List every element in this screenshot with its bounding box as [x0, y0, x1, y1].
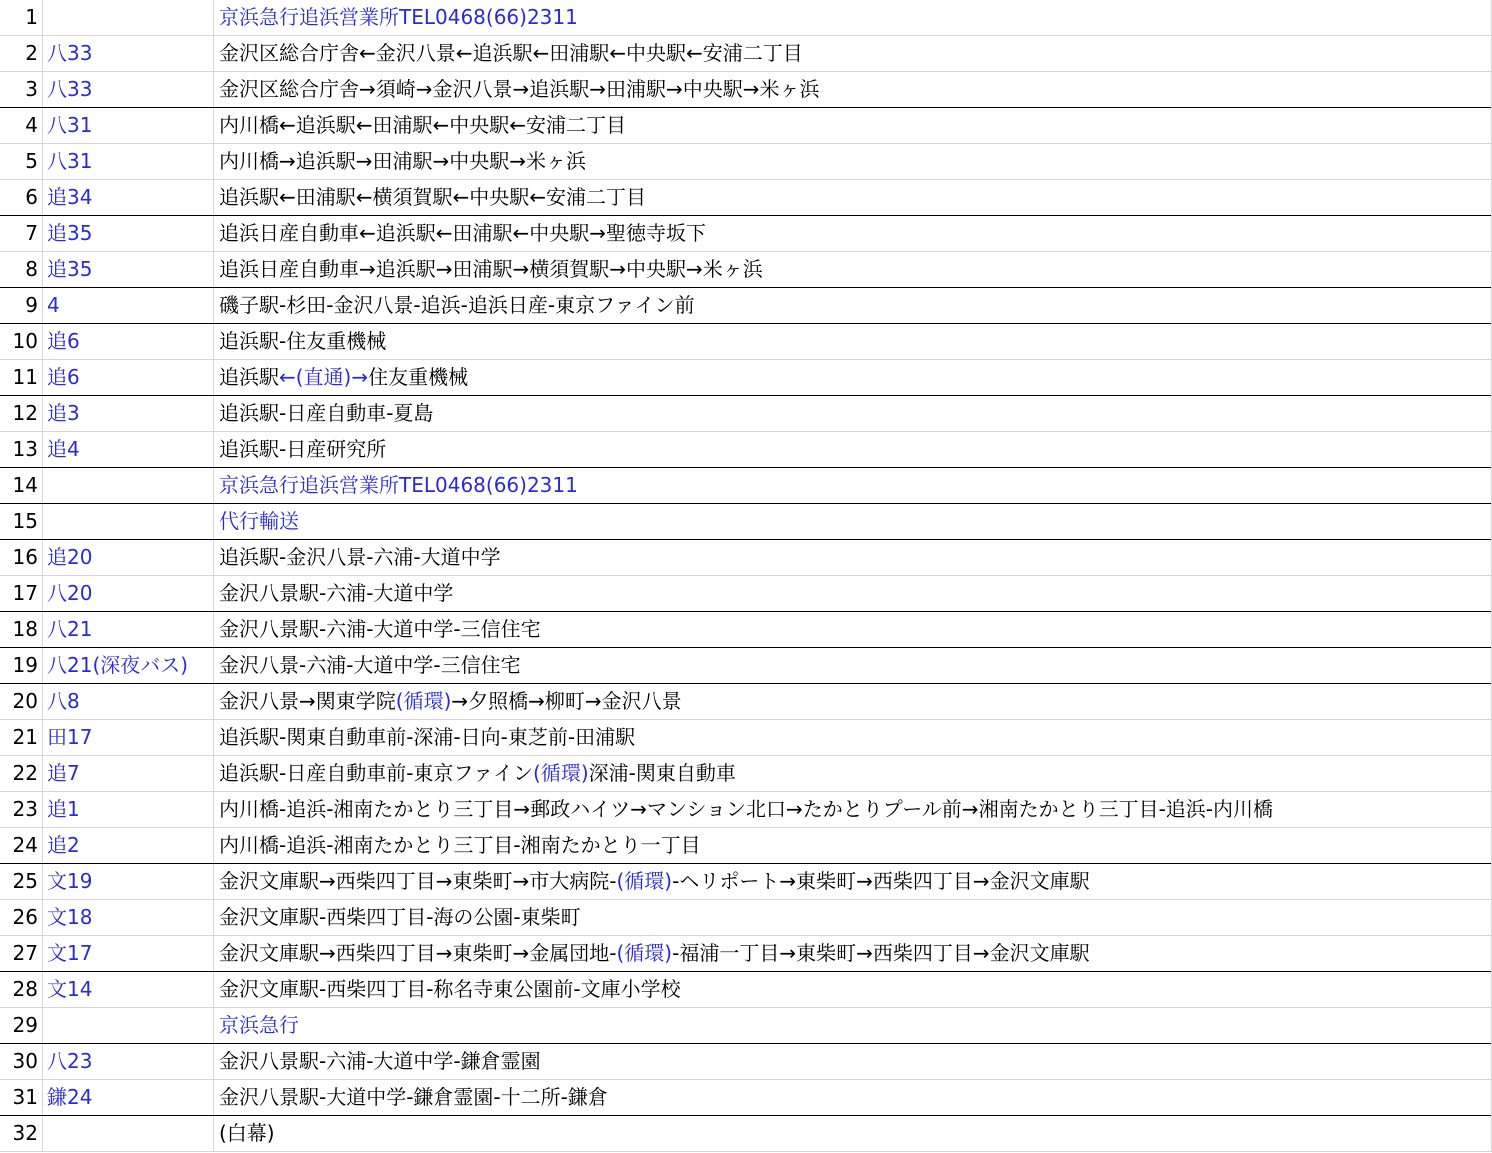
row-number-cell[interactable]: 8 [0, 252, 43, 287]
row-number-cell[interactable]: 6 [0, 180, 43, 215]
table-row: 25文19金沢文庫駅→西柴四丁目→東柴町→市大病院-(循環)-ヘリポート→東柴町… [0, 864, 1491, 900]
text-segment: 金沢文庫駅→西柴四丁目→東柴町→市大病院- [219, 869, 617, 893]
row-number-cell[interactable]: 15 [0, 504, 43, 539]
route-code-cell[interactable]: 文14 [43, 972, 214, 1007]
table-row: 24追2内川橋-追浜-湘南たかとり三丁目-湘南たかとり一丁目 [0, 828, 1491, 864]
route-code-cell[interactable] [43, 504, 214, 539]
table-row: 29京浜急行 [0, 1008, 1491, 1044]
table-row: 16追20追浜駅-金沢八景-六浦-大道中学 [0, 540, 1491, 576]
route-code-cell[interactable]: 八33 [43, 72, 214, 107]
row-number-cell[interactable]: 13 [0, 432, 43, 467]
row-number-cell[interactable]: 7 [0, 216, 43, 251]
table-row: 3八33金沢区総合庁舎→須崎→金沢八景→追浜駅→田浦駅→中央駅→米ヶ浜 [0, 72, 1491, 108]
destination-cell[interactable]: 金沢八景→関東学院(循環)→夕照橋→柳町→金沢八景 [214, 684, 1491, 719]
destination-cell[interactable]: 金沢文庫駅→西柴四丁目→東柴町→金属団地-(循環)-福浦一丁目→東柴町→西柴四丁… [214, 936, 1491, 971]
text-segment: →夕照橋→柳町→金沢八景 [451, 689, 681, 713]
destination-cell[interactable]: 内川橋-追浜-湘南たかとり三丁目-湘南たかとり一丁目 [214, 828, 1491, 863]
route-code-cell[interactable]: 追6 [43, 360, 214, 395]
row-number-cell[interactable]: 32 [0, 1116, 43, 1151]
text-segment: 追浜日産自動車→追浜駅→田浦駅→横須賀駅→中央駅→米ヶ浜 [219, 257, 763, 281]
spreadsheet-grid: 1京浜急行追浜営業所TEL0468(66)23112八33金沢区総合庁舎←金沢八… [0, 0, 1492, 1152]
route-code-cell[interactable]: 文18 [43, 900, 214, 935]
route-code-cell[interactable] [43, 468, 214, 503]
text-segment: 追浜駅 [219, 365, 279, 389]
text-segment: 内川橋-追浜-湘南たかとり三丁目-湘南たかとり一丁目 [219, 833, 701, 857]
text-segment: 追浜駅-金沢八景-六浦-大道中学 [219, 545, 501, 569]
table-row: 11追6追浜駅←(直通)→住友重機械 [0, 360, 1491, 396]
row-number-cell[interactable]: 25 [0, 864, 43, 899]
row-number-cell[interactable]: 31 [0, 1080, 43, 1115]
route-code-cell[interactable]: 追35 [43, 252, 214, 287]
table-row: 28文14金沢文庫駅-西柴四丁目-称名寺東公園前-文庫小学校 [0, 972, 1491, 1008]
destination-cell[interactable]: 金沢区総合庁舎←金沢八景←追浜駅←田浦駅←中央駅←安浦二丁目 [214, 36, 1491, 71]
destination-cell[interactable]: 追浜駅-金沢八景-六浦-大道中学 [214, 540, 1491, 575]
route-code-cell[interactable]: 追7 [43, 756, 214, 791]
destination-cell[interactable]: (白幕) [214, 1116, 1491, 1151]
row-number-cell[interactable]: 17 [0, 576, 43, 611]
row-number-cell[interactable]: 2 [0, 36, 43, 71]
route-code-cell[interactable]: 追34 [43, 180, 214, 215]
text-segment: 深浦-関東自動車 [589, 761, 736, 785]
destination-cell[interactable]: 金沢八景駅-大道中学-鎌倉霊園-十二所-鎌倉 [214, 1080, 1491, 1115]
table-row: 26文18金沢文庫駅-西柴四丁目-海の公園-東柴町 [0, 900, 1491, 936]
route-code-cell[interactable]: 追3 [43, 396, 214, 431]
table-row: 12追3追浜駅-日産自動車-夏島 [0, 396, 1491, 432]
route-code-cell[interactable]: 八21 [43, 612, 214, 647]
text-segment: 金沢文庫駅-西柴四丁目-海の公園-東柴町 [219, 905, 581, 929]
text-segment: 追浜駅-日産研究所 [219, 437, 386, 461]
table-row: 21田17追浜駅-関東自動車前-深浦-日向-東芝前-田浦駅 [0, 720, 1491, 756]
text-segment: 金沢八景駅-大道中学-鎌倉霊園-十二所-鎌倉 [219, 1085, 608, 1109]
row-number-cell[interactable]: 20 [0, 684, 43, 719]
table-row: 94磯子駅-杉田-金沢八景-追浜-追浜日産-東京ファイン前 [0, 288, 1491, 324]
table-row: 8追35追浜日産自動車→追浜駅→田浦駅→横須賀駅→中央駅→米ヶ浜 [0, 252, 1491, 288]
destination-cell[interactable]: 内川橋-追浜-湘南たかとり三丁目→郵政ハイツ→マンション北口→たかとりプール前→… [214, 792, 1491, 827]
text-segment: 住友重機械 [368, 365, 468, 389]
destination-cell[interactable]: 追浜日産自動車←追浜駅←田浦駅←中央駅→聖徳寺坂下 [214, 216, 1491, 251]
route-code-cell[interactable]: 鎌24 [43, 1080, 214, 1115]
text-segment: 磯子駅-杉田-金沢八景-追浜-追浜日産-東京ファイン前 [219, 293, 695, 317]
row-number-cell[interactable]: 24 [0, 828, 43, 863]
table-row: 20八8金沢八景→関東学院(循環)→夕照橋→柳町→金沢八景 [0, 684, 1491, 720]
route-code-cell[interactable]: 八23 [43, 1044, 214, 1079]
table-row: 1京浜急行追浜営業所TEL0468(66)2311 [0, 0, 1491, 36]
row-number-cell[interactable]: 26 [0, 900, 43, 935]
route-code-cell[interactable]: 追1 [43, 792, 214, 827]
route-code-cell[interactable]: 追6 [43, 324, 214, 359]
text-segment: 追浜駅-日産自動車前-東京ファイン [219, 761, 533, 785]
text-segment: 追浜駅-日産自動車-夏島 [219, 401, 433, 425]
text-segment: 追浜駅-関東自動車前-深浦-日向-東芝前-田浦駅 [219, 725, 635, 749]
destination-cell[interactable]: 京浜急行追浜営業所TEL0468(66)2311 [214, 468, 1491, 503]
destination-cell[interactable]: 追浜駅-日産自動車前-東京ファイン(循環)深浦-関東自動車 [214, 756, 1491, 791]
highlighted-text-segment: 京浜急行追浜営業所TEL0468(66)2311 [219, 473, 578, 497]
destination-cell[interactable]: 追浜駅←田浦駅←横須賀駅←中央駅←安浦二丁目 [214, 180, 1491, 215]
text-segment: -ヘリポート→東柴町→西柴四丁目→金沢文庫駅 [672, 869, 1090, 893]
table-row: 19八21(深夜バス)金沢八景-六浦-大道中学-三信住宅 [0, 648, 1491, 684]
text-segment: 金沢区総合庁舎←金沢八景←追浜駅←田浦駅←中央駅←安浦二丁目 [219, 41, 803, 65]
route-code-cell[interactable]: 八20 [43, 576, 214, 611]
table-row: 23追1内川橋-追浜-湘南たかとり三丁目→郵政ハイツ→マンション北口→たかとりプ… [0, 792, 1491, 828]
row-number-cell[interactable]: 14 [0, 468, 43, 503]
highlighted-text-segment: ←(直通)→ [279, 365, 368, 389]
table-row: 30八23金沢八景駅-六浦-大道中学-鎌倉霊園 [0, 1044, 1491, 1080]
route-code-cell[interactable] [43, 0, 214, 35]
destination-cell[interactable]: 追浜駅←(直通)→住友重機械 [214, 360, 1491, 395]
row-number-cell[interactable]: 23 [0, 792, 43, 827]
row-number-cell[interactable]: 9 [0, 288, 43, 323]
row-number-cell[interactable]: 29 [0, 1008, 43, 1043]
text-segment: 追浜日産自動車←追浜駅←田浦駅←中央駅→聖徳寺坂下 [219, 221, 706, 245]
route-code-cell[interactable]: 八8 [43, 684, 214, 719]
route-code-cell[interactable]: 八33 [43, 36, 214, 71]
destination-cell[interactable]: 金沢八景-六浦-大道中学-三信住宅 [214, 648, 1491, 683]
text-segment: 金沢八景-六浦-大道中学-三信住宅 [219, 653, 521, 677]
row-number-cell[interactable]: 5 [0, 144, 43, 179]
destination-cell[interactable]: 金沢区総合庁舎→須崎→金沢八景→追浜駅→田浦駅→中央駅→米ヶ浜 [214, 72, 1491, 107]
destination-cell[interactable]: 代行輸送 [214, 504, 1491, 539]
table-row: 13追4追浜駅-日産研究所 [0, 432, 1491, 468]
highlighted-text-segment: (循環) [617, 869, 673, 893]
destination-cell[interactable]: 金沢八景駅-六浦-大道中学-鎌倉霊園 [214, 1044, 1491, 1079]
row-number-cell[interactable]: 27 [0, 936, 43, 971]
highlighted-text-segment: 代行輸送 [219, 509, 299, 533]
route-code-cell[interactable] [43, 1008, 214, 1043]
route-code-cell[interactable]: 文17 [43, 936, 214, 971]
highlighted-text-segment: (循環) [533, 761, 589, 785]
destination-cell[interactable]: 内川橋→追浜駅→田浦駅→中央駅→米ヶ浜 [214, 144, 1491, 179]
route-code-cell[interactable]: 4 [43, 288, 214, 323]
text-segment: 内川橋-追浜-湘南たかとり三丁目→郵政ハイツ→マンション北口→たかとりプール前→… [219, 797, 1273, 821]
route-code-cell[interactable]: 八31 [43, 108, 214, 143]
destination-cell[interactable]: 金沢文庫駅-西柴四丁目-称名寺東公園前-文庫小学校 [214, 972, 1491, 1007]
destination-cell[interactable]: 内川橋←追浜駅←田浦駅←中央駅←安浦二丁目 [214, 108, 1491, 143]
destination-cell[interactable]: 追浜駅-日産自動車-夏島 [214, 396, 1491, 431]
text-segment: 金沢八景駅-六浦-大道中学-鎌倉霊園 [219, 1049, 541, 1073]
destination-cell[interactable]: 追浜駅-関東自動車前-深浦-日向-東芝前-田浦駅 [214, 720, 1491, 755]
table-row: 31鎌24金沢八景駅-大道中学-鎌倉霊園-十二所-鎌倉 [0, 1080, 1491, 1116]
text-segment: 追浜駅←田浦駅←横須賀駅←中央駅←安浦二丁目 [219, 185, 646, 209]
table-row: 27文17金沢文庫駅→西柴四丁目→東柴町→金属団地-(循環)-福浦一丁目→東柴町… [0, 936, 1491, 972]
destination-cell[interactable]: 金沢文庫駅→西柴四丁目→東柴町→市大病院-(循環)-ヘリポート→東柴町→西柴四丁… [214, 864, 1491, 899]
text-segment: (白幕) [219, 1121, 275, 1145]
table-row: 6追34追浜駅←田浦駅←横須賀駅←中央駅←安浦二丁目 [0, 180, 1491, 216]
route-code-cell[interactable]: 追20 [43, 540, 214, 575]
table-row: 7追35追浜日産自動車←追浜駅←田浦駅←中央駅→聖徳寺坂下 [0, 216, 1491, 252]
row-number-cell[interactable]: 1 [0, 0, 43, 35]
text-segment: 金沢区総合庁舎→須崎→金沢八景→追浜駅→田浦駅→中央駅→米ヶ浜 [219, 77, 820, 101]
destination-cell[interactable]: 磯子駅-杉田-金沢八景-追浜-追浜日産-東京ファイン前 [214, 288, 1491, 323]
text-segment: 金沢文庫駅-西柴四丁目-称名寺東公園前-文庫小学校 [219, 977, 681, 1001]
destination-cell[interactable]: 追浜駅-住友重機械 [214, 324, 1491, 359]
destination-cell[interactable]: 京浜急行追浜営業所TEL0468(66)2311 [214, 0, 1491, 35]
destination-cell[interactable]: 追浜駅-日産研究所 [214, 432, 1491, 467]
route-code-cell[interactable]: 追35 [43, 216, 214, 251]
row-number-cell[interactable]: 11 [0, 360, 43, 395]
route-code-cell[interactable]: 追4 [43, 432, 214, 467]
text-segment: -福浦一丁目→東柴町→西柴四丁目→金沢文庫駅 [672, 941, 1090, 965]
row-number-cell[interactable]: 22 [0, 756, 43, 791]
table-row: 10追6追浜駅-住友重機械 [0, 324, 1491, 360]
row-number-cell[interactable]: 3 [0, 72, 43, 107]
route-code-cell[interactable]: 八31 [43, 144, 214, 179]
highlighted-text-segment: (循環) [396, 689, 452, 713]
route-code-cell[interactable]: 田17 [43, 720, 214, 755]
text-segment: 金沢八景駅-六浦-大道中学 [219, 581, 453, 605]
text-segment: 内川橋→追浜駅→田浦駅→中央駅→米ヶ浜 [219, 149, 586, 173]
route-code-cell[interactable]: 文19 [43, 864, 214, 899]
table-row: 5八31内川橋→追浜駅→田浦駅→中央駅→米ヶ浜 [0, 144, 1491, 180]
row-number-cell[interactable]: 16 [0, 540, 43, 575]
route-code-cell[interactable] [43, 1116, 214, 1151]
row-number-cell[interactable]: 30 [0, 1044, 43, 1079]
highlighted-text-segment: 京浜急行追浜営業所TEL0468(66)2311 [219, 5, 578, 29]
route-code-cell[interactable]: 八21(深夜バス) [43, 648, 214, 683]
row-number-cell[interactable]: 19 [0, 648, 43, 683]
destination-cell[interactable]: 金沢文庫駅-西柴四丁目-海の公園-東柴町 [214, 900, 1491, 935]
text-segment: 金沢文庫駅→西柴四丁目→東柴町→金属団地- [219, 941, 617, 965]
table-row: 4八31内川橋←追浜駅←田浦駅←中央駅←安浦二丁目 [0, 108, 1491, 144]
route-code-cell[interactable]: 追2 [43, 828, 214, 863]
table-row: 15代行輸送 [0, 504, 1491, 540]
destination-cell[interactable]: 京浜急行 [214, 1008, 1491, 1043]
row-number-cell[interactable]: 10 [0, 324, 43, 359]
row-number-cell[interactable]: 4 [0, 108, 43, 143]
destination-cell[interactable]: 金沢八景駅-六浦-大道中学 [214, 576, 1491, 611]
table-row: 32(白幕) [0, 1116, 1491, 1152]
row-number-cell[interactable]: 18 [0, 612, 43, 647]
text-segment: 追浜駅-住友重機械 [219, 329, 386, 353]
row-number-cell[interactable]: 21 [0, 720, 43, 755]
highlighted-text-segment: 京浜急行 [219, 1013, 299, 1037]
highlighted-text-segment: (循環) [617, 941, 673, 965]
row-number-cell[interactable]: 12 [0, 396, 43, 431]
destination-cell[interactable]: 金沢八景駅-六浦-大道中学-三信住宅 [214, 612, 1491, 647]
text-segment: 金沢八景→関東学院 [219, 689, 396, 713]
text-segment: 金沢八景駅-六浦-大道中学-三信住宅 [219, 617, 541, 641]
text-segment: 内川橋←追浜駅←田浦駅←中央駅←安浦二丁目 [219, 113, 626, 137]
row-number-cell[interactable]: 28 [0, 972, 43, 1007]
table-row: 18八21金沢八景駅-六浦-大道中学-三信住宅 [0, 612, 1491, 648]
table-row: 14京浜急行追浜営業所TEL0468(66)2311 [0, 468, 1491, 504]
destination-cell[interactable]: 追浜日産自動車→追浜駅→田浦駅→横須賀駅→中央駅→米ヶ浜 [214, 252, 1491, 287]
table-row: 17八20金沢八景駅-六浦-大道中学 [0, 576, 1491, 612]
table-row: 22追7追浜駅-日産自動車前-東京ファイン(循環)深浦-関東自動車 [0, 756, 1491, 792]
table-row: 2八33金沢区総合庁舎←金沢八景←追浜駅←田浦駅←中央駅←安浦二丁目 [0, 36, 1491, 72]
